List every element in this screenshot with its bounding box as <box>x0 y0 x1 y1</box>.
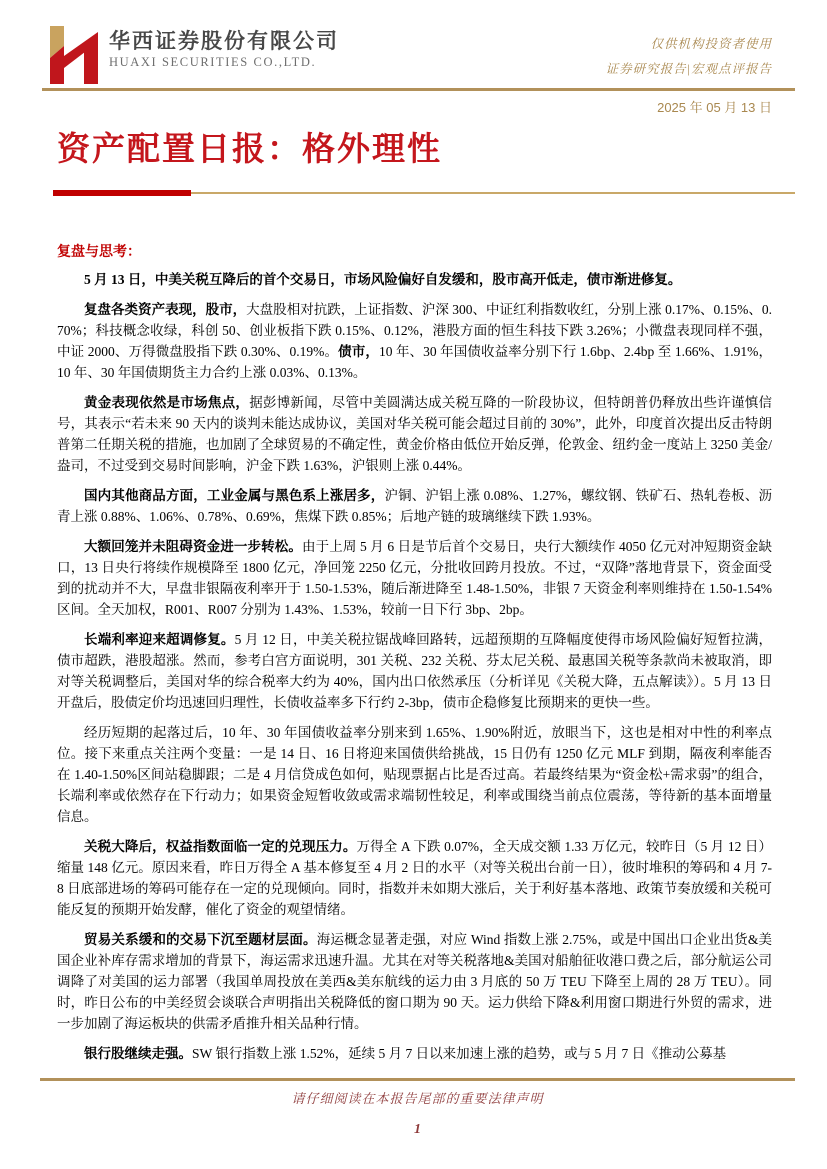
paragraph-asset-review: 复盘各类资产表现，股市，大盘股相对抗跌，上证指数、沪深 300、中证红利指数收红… <box>57 299 772 383</box>
report-header: 华西证券股份有限公司 HUAXI SECURITIES CO.,LTD. 仅供机… <box>57 26 772 88</box>
footer-disclaimer: 请仔细阅读在本报告尾部的重要法律声明 <box>40 1088 795 1107</box>
page-number: 1 <box>40 1122 795 1138</box>
paragraph-rate-outlook: 经历短期的起落过后，10 年、30 年国债收益率分别来到 1.65%、1.90%… <box>57 722 772 827</box>
bold-text-run: 黄金表现依然是市场焦点， <box>84 395 249 410</box>
footer-divider <box>40 1078 795 1081</box>
section-heading: 复盘与思考： <box>57 244 772 262</box>
report-footer: 请仔细阅读在本报告尾部的重要法律声明 1 <box>0 1078 827 1169</box>
header-notice: 仅供机构投资者使用 <box>606 32 772 57</box>
paragraph-shipping-theme: 贸易关系缓和的交易下沉至题材层面。海运概念显著走强，对应 Wind 指数上涨 2… <box>57 929 772 1034</box>
paragraph-summary: 5 月 13 日，中美关税互降后的首个交易日，市场风险偏好自发缓和，股市高开低走… <box>57 269 772 290</box>
title-divider-red-segment <box>53 190 191 196</box>
paragraph-funding: 大额回笼并未阻碍资金进一步转松。由于上周 5 月 6 日是节后首个交易日，央行大… <box>57 536 772 620</box>
paragraph-gold: 黄金表现依然是市场焦点，据彭博新闻，尽管中美圆满达成关税互降的一阶段协议，但特朗… <box>57 392 772 476</box>
report-date: 2025 年 05 月 13 日 <box>57 97 772 116</box>
bold-text-run: 债市， <box>338 344 379 359</box>
bold-text-run: 国内其他商品方面，工业金属与黑色系上涨居多， <box>84 488 384 503</box>
paragraph-bank-stocks: 银行股继续走强。SW 银行指数上涨 1.52%，延续 5 月 7 日以来加速上涨… <box>57 1043 772 1064</box>
page-title: 资产配置日报：格外理性 <box>57 130 772 170</box>
huaxi-logo-icon <box>48 26 100 84</box>
paragraph-long-rates: 长端利率迎来超调修复。5 月 12 日，中美关税拉锯战峰回路转，远超预期的互降幅… <box>57 629 772 713</box>
report-page: 华西证券股份有限公司 HUAXI SECURITIES CO.,LTD. 仅供机… <box>0 0 827 1169</box>
header-report-type: 证券研究报告|宏观点评报告 <box>606 57 772 82</box>
paragraph-commodities: 国内其他商品方面，工业金属与黑色系上涨居多，沪铜、沪铝上涨 0.08%、1.27… <box>57 485 772 527</box>
bold-text-run: 银行股继续走强。 <box>84 1046 192 1061</box>
company-name-cn: 华西证券股份有限公司 <box>109 28 339 54</box>
bold-text-run: 5 月 13 日，中美关税互降后的首个交易日，市场风险偏好自发缓和，股市高开低走… <box>84 272 681 287</box>
title-divider-gold-segment <box>191 192 795 194</box>
bold-text-run: 贸易关系缓和的交易下沉至题材层面。 <box>84 932 317 947</box>
title-divider <box>53 190 795 196</box>
brand-text: 华西证券股份有限公司 HUAXI SECURITIES CO.,LTD. <box>109 26 339 71</box>
header-meta: 仅供机构投资者使用 证券研究报告|宏观点评报告 <box>606 26 772 82</box>
bold-text-run: 关税大降后，权益指数面临一定的兑现压力。 <box>84 839 357 854</box>
report-body: 5 月 13 日，中美关税互降后的首个交易日，市场风险偏好自发缓和，股市高开低走… <box>57 269 772 1064</box>
company-name-en: HUAXI SECURITIES CO.,LTD. <box>109 54 339 71</box>
brand: 华西证券股份有限公司 HUAXI SECURITIES CO.,LTD. <box>48 26 339 84</box>
bold-text-run: 复盘各类资产表现，股市， <box>84 302 246 317</box>
paragraph-equity-pressure: 关税大降后，权益指数面临一定的兑现压力。万得全 A 下跌 0.07%，全天成交额… <box>57 836 772 920</box>
text-run: SW 银行指数上涨 1.52%，延续 5 月 7 日以来加速上涨的趋势，或与 5… <box>192 1046 726 1061</box>
bold-text-run: 大额回笼并未阻碍资金进一步转松。 <box>84 539 302 554</box>
bold-text-run: 长端利率迎来超调修复。 <box>84 632 235 647</box>
header-divider <box>42 88 795 91</box>
text-run: 经历短期的起落过后，10 年、30 年国债收益率分别来到 1.65%、1.90%… <box>57 725 772 824</box>
